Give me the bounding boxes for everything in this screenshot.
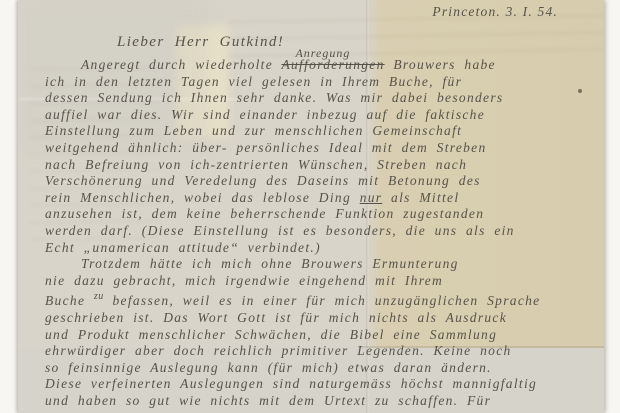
text-segment: Diese verfeinerten Auslegungen sind natu… bbox=[45, 376, 537, 391]
handwritten-line: und Produkt menschlicher Schwächen, die … bbox=[45, 327, 597, 344]
handwritten-line: ich in den letzten Tagen viel gelesen in… bbox=[45, 74, 597, 91]
text-segment: ehrwürdiger aber doch reichlich primitiv… bbox=[45, 343, 512, 358]
text-segment: Echt „unamerican attitude“ verbindet.) bbox=[45, 240, 321, 255]
handwritten-line: nie dazu gebracht, mich irgendwie eingeh… bbox=[45, 273, 597, 290]
text-segment: nur bbox=[360, 190, 383, 205]
text-segment: AufforderungenAnregung bbox=[281, 57, 384, 72]
text-segment: als Mittel bbox=[382, 190, 459, 205]
text-segment: rein Menschlichen, wobei das leblose Din… bbox=[45, 190, 360, 205]
text-segment: befassen, weil es in einer für mich unzu… bbox=[104, 293, 541, 308]
text-segment: auffiel war dies. Wir sind einander inbe… bbox=[45, 107, 485, 122]
inserted-word-above: Anregung bbox=[295, 45, 350, 62]
letter-page: Princeton. 3. I. 54. Lieber Herr Gutkind… bbox=[18, 0, 604, 413]
handwritten-line: ehrwürdiger aber doch reichlich primitiv… bbox=[45, 343, 597, 360]
text-segment: und Produkt menschlicher Schwächen, die … bbox=[45, 327, 497, 342]
paragraph: Trotzdem hätte ich mich ohne Brouwers Er… bbox=[45, 256, 597, 409]
text-segment: und haben so gut wie nichts mit dem Urte… bbox=[45, 393, 491, 408]
handwritten-line: geschrieben ist. Das Wort Gott ist für m… bbox=[45, 310, 597, 327]
handwritten-line: Trotzdem hätte ich mich ohne Brouwers Er… bbox=[45, 256, 597, 273]
handwritten-line: rein Menschlichen, wobei das leblose Din… bbox=[45, 190, 597, 207]
text-segment: weitgehend ähnlich: über- persönliches I… bbox=[45, 140, 487, 155]
text-segment: so feinsinnige Auslegung kann (für mich)… bbox=[45, 360, 492, 375]
handwritten-line: Angeregt durch wiederholte Aufforderunge… bbox=[45, 57, 597, 74]
text-segment: Einstellung zum Leben und zur menschlich… bbox=[45, 123, 462, 138]
handwritten-line: Buche zu befassen, weil es in einer für … bbox=[45, 289, 597, 310]
text-segment: nach Befreiung von ich-zentrierten Wünsc… bbox=[45, 157, 467, 172]
handwritten-line: dessen Sendung ich Ihnen sehr danke. Was… bbox=[45, 90, 597, 107]
text-segment: Angeregt durch wiederholte bbox=[81, 57, 281, 72]
handwritten-line: Einstellung zum Leben und zur menschlich… bbox=[45, 123, 597, 140]
handwritten-line: nach Befreiung von ich-zentrierten Wünsc… bbox=[45, 157, 597, 174]
text-segment: nie dazu gebracht, mich irgendwie eingeh… bbox=[45, 273, 443, 288]
text-segment: Trotzdem hätte ich mich ohne Brouwers Er… bbox=[81, 256, 459, 271]
salutation: Lieber Herr Gutkind! bbox=[117, 34, 284, 51]
letter-body: Angeregt durch wiederholte Aufforderunge… bbox=[45, 57, 597, 409]
handwritten-line: Echt „unamerican attitude“ verbindet.) bbox=[45, 240, 597, 257]
handwritten-line: so feinsinnige Auslegung kann (für mich)… bbox=[45, 360, 597, 377]
text-segment: werden darf. (Diese Einstellung ist es b… bbox=[45, 223, 515, 238]
handwritten-line: weitgehend ähnlich: über- persönliches I… bbox=[45, 140, 597, 157]
handwritten-line: Diese verfeinerten Auslegungen sind natu… bbox=[45, 376, 597, 393]
handwritten-line: werden darf. (Diese Einstellung ist es b… bbox=[45, 223, 597, 240]
handwritten-line: auffiel war dies. Wir sind einander inbe… bbox=[45, 107, 597, 124]
text-segment: geschrieben ist. Das Wort Gott ist für m… bbox=[45, 310, 507, 325]
text-segment: zu bbox=[94, 291, 104, 302]
date-line: Princeton. 3. I. 54. bbox=[432, 4, 558, 20]
text-segment: ich in den letzten Tagen viel gelesen in… bbox=[45, 74, 462, 89]
text-segment: anzusehen ist, dem keine beherrschende F… bbox=[45, 206, 484, 221]
handwritten-line: und haben so gut wie nichts mit dem Urte… bbox=[45, 393, 597, 410]
paragraph: Angeregt durch wiederholte Aufforderunge… bbox=[45, 57, 597, 256]
text-segment: Verschönerung und Veredelung des Daseins… bbox=[45, 173, 481, 188]
handwritten-line: Verschönerung und Veredelung des Daseins… bbox=[45, 173, 597, 190]
text-segment: dessen Sendung ich Ihnen sehr danke. Was… bbox=[45, 90, 503, 105]
handwritten-line: anzusehen ist, dem keine beherrschende F… bbox=[45, 206, 597, 223]
text-segment: Brouwers habe bbox=[385, 57, 496, 72]
text-segment: Buche bbox=[45, 293, 94, 308]
